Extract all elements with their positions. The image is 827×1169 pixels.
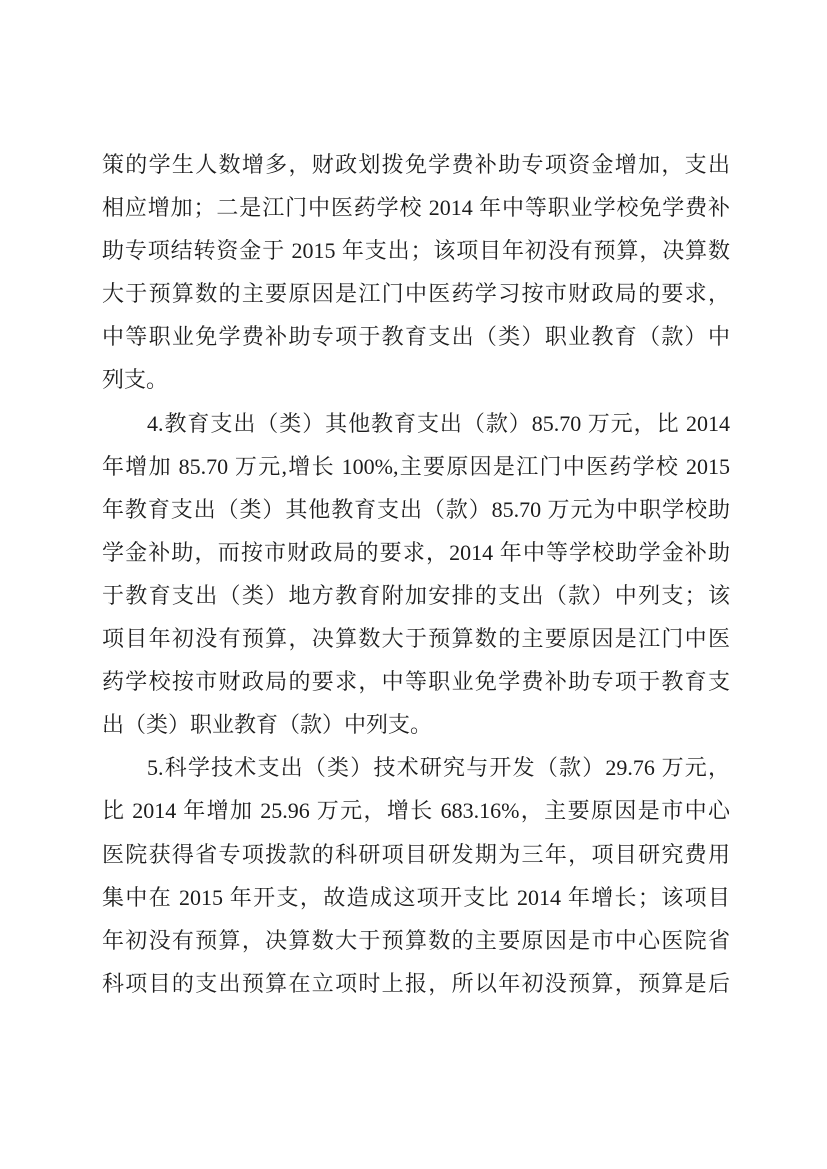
text-line-paragraph-start: 4.教育支出（类）其他教育支出（款）85.70 万元，比 2014 [102, 402, 730, 445]
text-line: 药学校按市财政局的要求，中等职业免学费补助专项于教育支 [102, 660, 730, 703]
text-line: 集中在 2015 年开支，故造成这项开支比 2014 年增长；该项目 [102, 876, 730, 919]
text-line: 列支。 [102, 358, 730, 401]
text-line: 年教育支出（类）其他教育支出（款）85.70 万元为中职学校助 [102, 488, 730, 531]
text-line: 策的学生人数增多，财政划拨免学费补助专项资金增加，支出 [102, 143, 730, 186]
text-line: 学金补助，而按市财政局的要求，2014 年中等学校助学金补助 [102, 531, 730, 574]
text-line: 比 2014 年增加 25.96 万元，增长 683.16%，主要原因是市中心 [102, 789, 730, 832]
text-line: 科项目的支出预算在立项时上报，所以年初没预算，预算是后 [102, 962, 730, 1005]
text-line: 年增加 85.70 万元,增长 100%,主要原因是江门中医药学校 2015 [102, 445, 730, 488]
text-line: 年初没有预算，决算数大于预算数的主要原因是市中心医院省 [102, 919, 730, 962]
text-line: 大于预算数的主要原因是江门中医药学习按市财政局的要求， [102, 272, 730, 315]
text-line: 医院获得省专项拨款的科研项目研发期为三年，项目研究费用 [102, 833, 730, 876]
text-line: 项目年初没有预算，决算数大于预算数的主要原因是江门中医 [102, 617, 730, 660]
document-text-block: 策的学生人数增多，财政划拨免学费补助专项资金增加，支出 相应增加；二是江门中医药… [102, 143, 730, 1005]
text-line: 助专项结转资金于 2015 年支出；该项目年初没有预算，决算数 [102, 229, 730, 272]
text-line: 出（类）职业教育（款）中列支。 [102, 703, 730, 746]
text-line: 中等职业免学费补助专项于教育支出（类）职业教育（款）中 [102, 315, 730, 358]
text-line: 于教育支出（类）地方教育附加安排的支出（款）中列支；该 [102, 574, 730, 617]
text-line: 相应增加；二是江门中医药学校 2014 年中等职业学校免学费补 [102, 186, 730, 229]
text-line-paragraph-start: 5.科学技术支出（类）技术研究与开发（款）29.76 万元， [102, 746, 730, 789]
document-page: 策的学生人数增多，财政划拨免学费补助专项资金增加，支出 相应增加；二是江门中医药… [0, 0, 827, 1169]
